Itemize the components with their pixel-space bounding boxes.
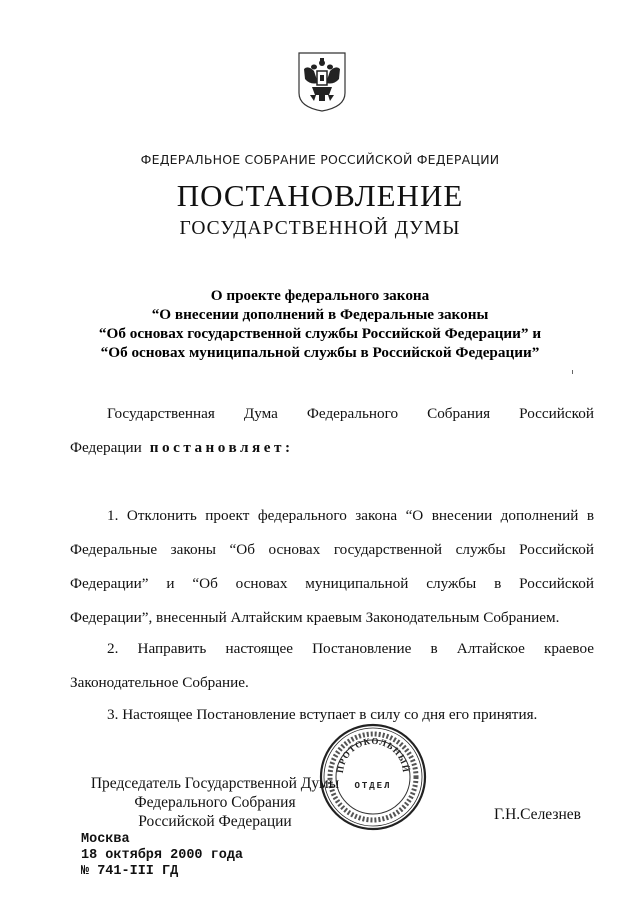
seal-center-text: ОТДЕЛ [354, 781, 391, 791]
meta-number: № 741-III ГД [81, 864, 243, 880]
signatory-position: Председатель Государственной Думы Федера… [80, 774, 350, 831]
document-meta: Москва 18 октября 2000 года № 741-III ГД [81, 832, 243, 880]
document-title: ПОСТАНОВЛЕНИЕ [0, 178, 640, 214]
svg-text:ПРОТОКОЛЬНЫЙ: ПРОТОКОЛЬНЫЙ [335, 736, 411, 774]
scan-speck [572, 370, 573, 374]
meta-date: 18 октября 2000 года [81, 848, 243, 864]
position-line: Российской Федерации [80, 812, 350, 831]
item-line: Федерации”, внесенный Алтайским краевым … [70, 609, 594, 627]
preamble-line: Государственная Дума Федерального Собран… [70, 405, 594, 423]
heading-line: “О внесении дополнений в Федеральные зак… [0, 305, 640, 324]
heading-line: О проекте федерального закона [0, 286, 640, 305]
signatory-name: Г.Н.Селезнев [494, 806, 581, 824]
russian-coat-of-arms-icon [296, 49, 348, 113]
document-subtitle: ГОСУДАРСТВЕННОЙ ДУМЫ [0, 218, 640, 240]
preamble-federation: Федерации [70, 439, 142, 456]
item-line: Федерации” и “Об основах муниципальной с… [70, 575, 594, 593]
heading-line: “Об основах муниципальной службы в Росси… [0, 343, 640, 362]
preamble-line: Федерациипостановляет: [70, 439, 594, 457]
resolves-word: постановляет: [150, 439, 294, 456]
heading-line: “Об основах государственной службы Росси… [0, 324, 640, 343]
resolution-heading: О проекте федерального закона “О внесени… [0, 286, 640, 362]
assembly-name: ФЕДЕРАЛЬНОЕ СОБРАНИЕ РОССИЙСКОЙ ФЕДЕРАЦИ… [0, 152, 640, 167]
item-line: 2. Направить настоящее Постановление в А… [70, 640, 594, 658]
position-line: Федерального Собрания [80, 793, 350, 812]
item-line: Законодательное Собрание. [70, 674, 594, 692]
position-line: Председатель Государственной Думы [80, 774, 350, 793]
item-line: 1. Отклонить проект федерального закона … [70, 507, 594, 525]
meta-city: Москва [81, 832, 243, 848]
item-line: Федеральные законы “Об основах государст… [70, 541, 594, 559]
